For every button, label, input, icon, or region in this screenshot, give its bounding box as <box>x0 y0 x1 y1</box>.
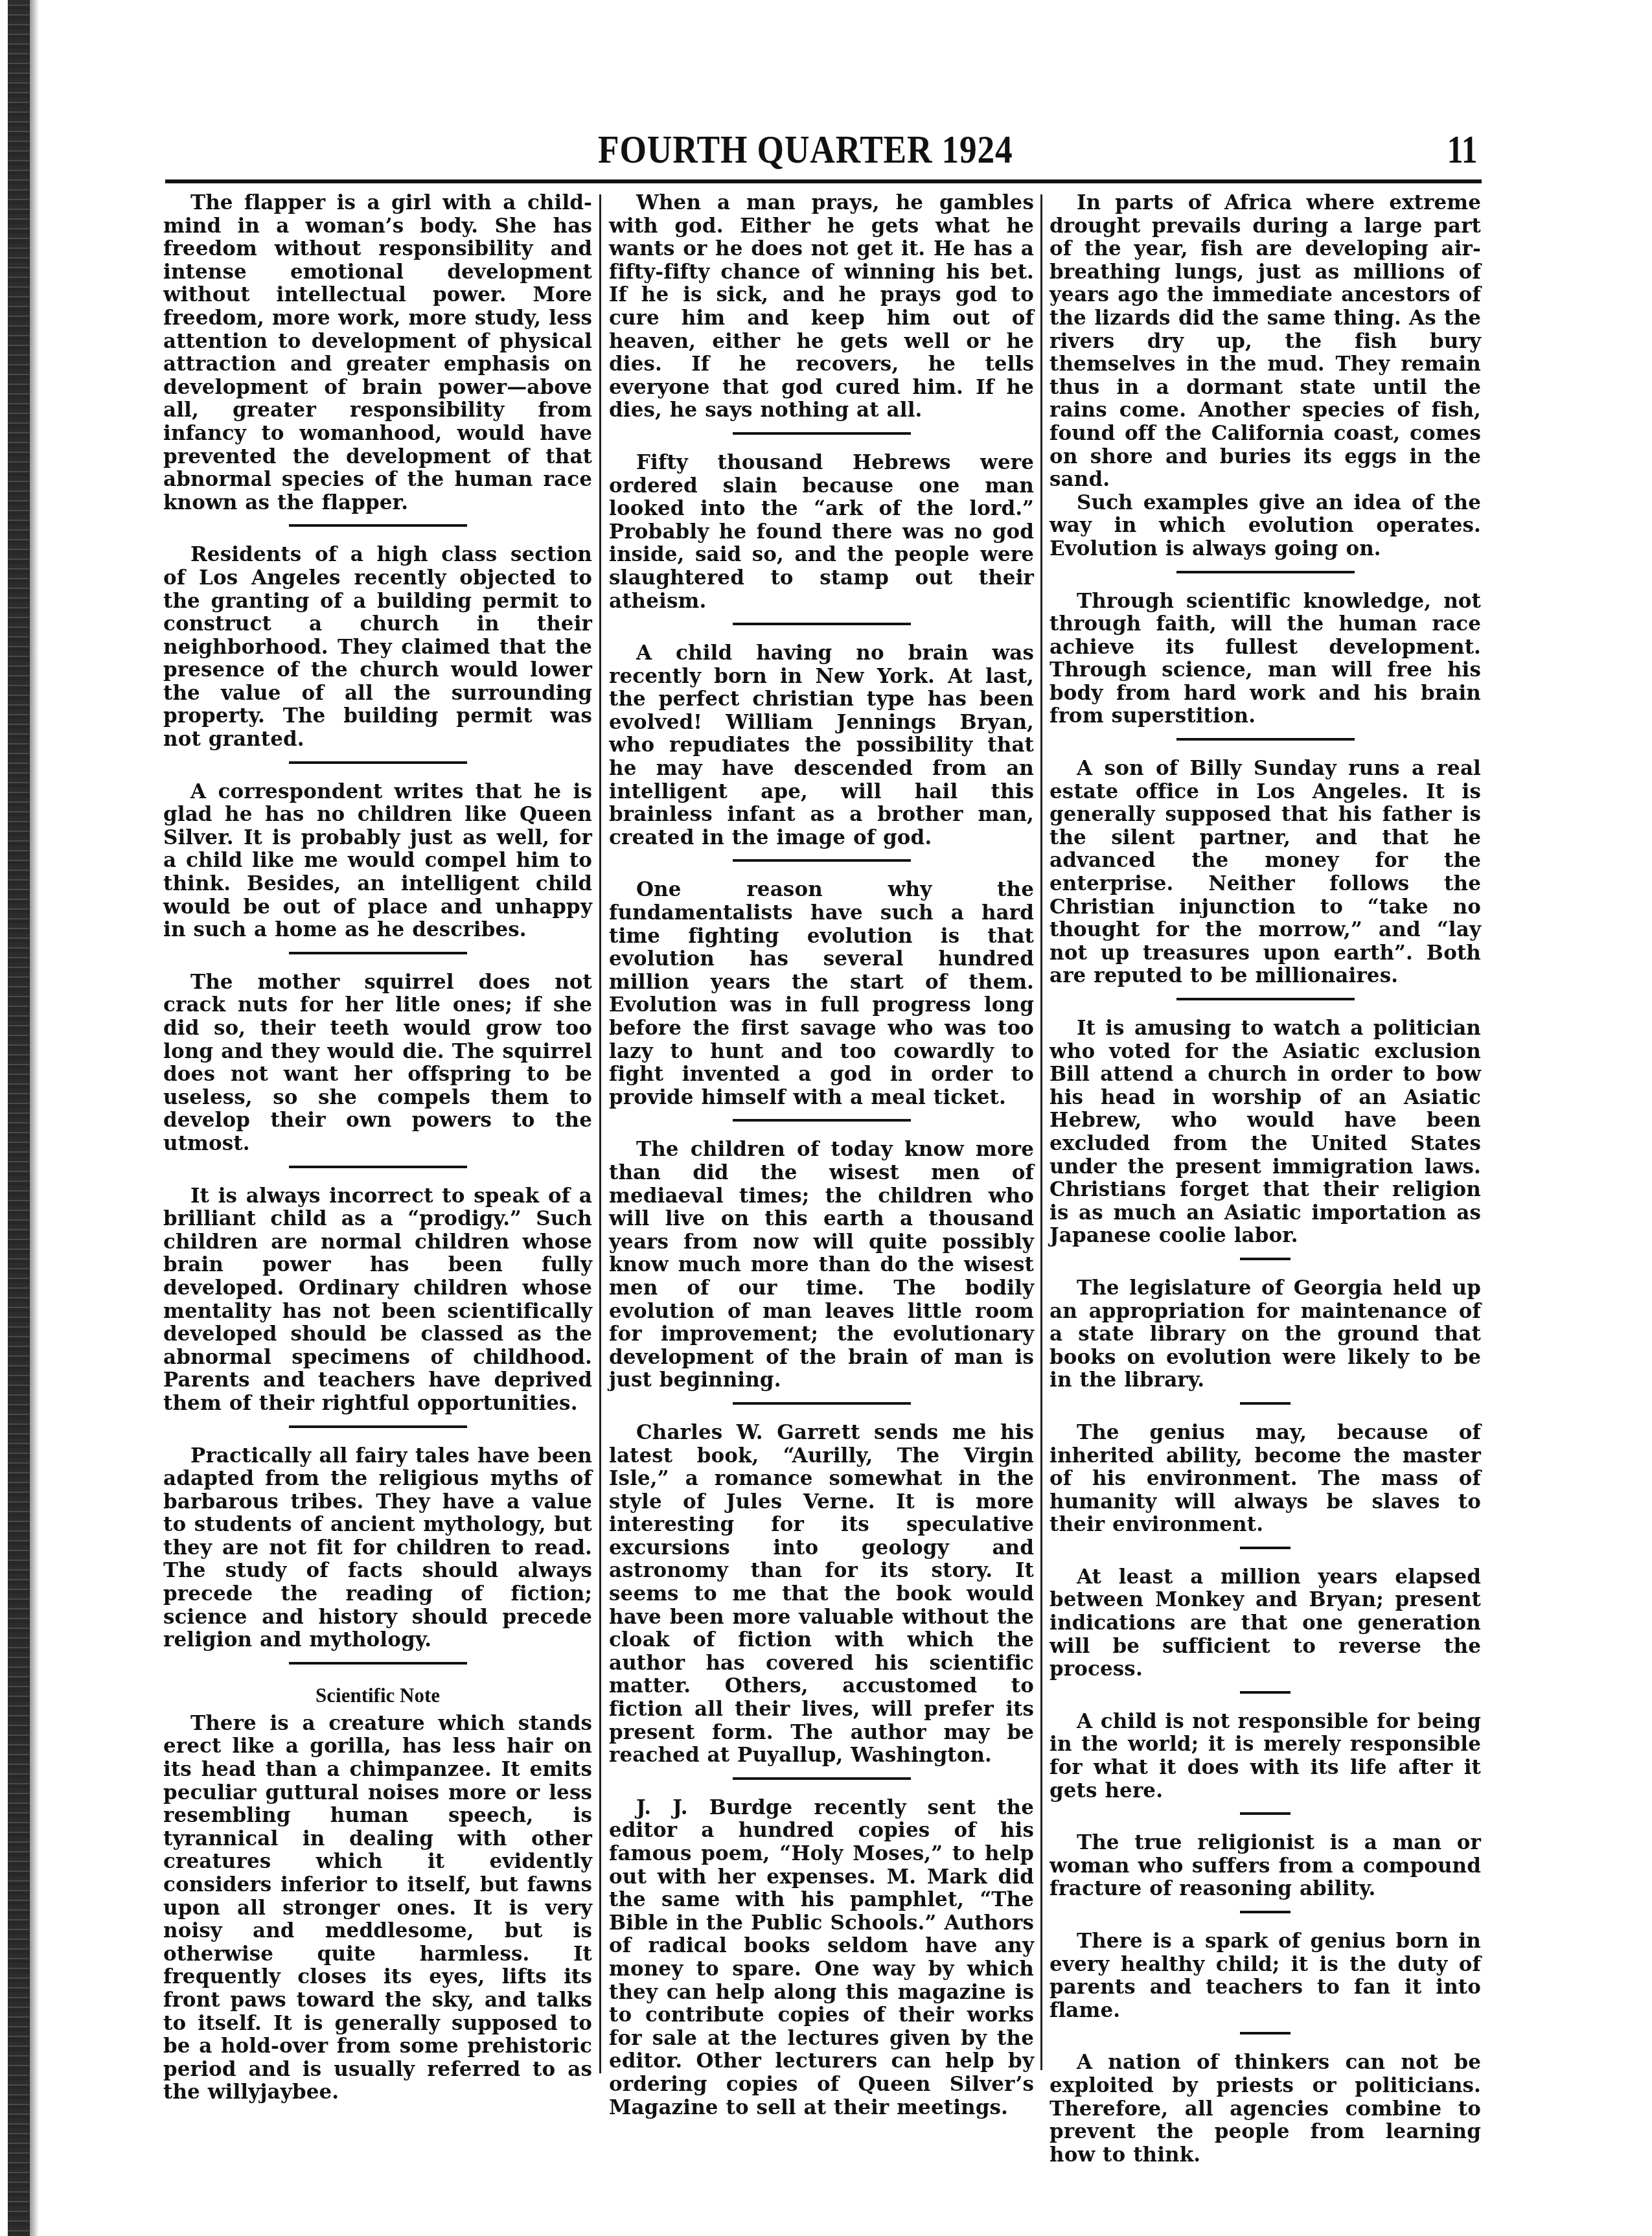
column-divider <box>599 194 601 2073</box>
page-binding-shadow <box>29 0 39 2236</box>
column-3: In parts of Africa where extreme drought… <box>1050 192 1481 2167</box>
article: Through scientific knowledge, not throug… <box>1050 590 1481 729</box>
article-paragraph: In parts of Africa where extreme drought… <box>1050 192 1481 492</box>
article: Residents of a high class section of Los… <box>163 544 592 751</box>
article: One reason why the fundamentalists have … <box>609 879 1034 1109</box>
section-heading: Scientific Note <box>163 1684 592 1707</box>
article-separator <box>733 1777 911 1780</box>
article-separator <box>1240 1547 1291 1549</box>
article: In parts of Africa where extreme drought… <box>1050 192 1481 561</box>
article-separator <box>733 623 911 625</box>
article: A nation of thinkers can not be exploite… <box>1050 2051 1481 2167</box>
article: A child having no brain was recently bor… <box>609 642 1034 849</box>
article-separator <box>289 1662 467 1665</box>
article: The genius may, because of inherited abi… <box>1050 1422 1481 1537</box>
article-separator <box>289 761 467 764</box>
article-paragraph: There is a creature which stands erect l… <box>163 1712 592 2104</box>
article: A child is not responsible for being in … <box>1050 1711 1481 1803</box>
article-paragraph: Residents of a high class section of Los… <box>163 544 592 751</box>
article: The mother squirrel does not crack nuts … <box>163 971 592 1156</box>
article-separator <box>1240 2032 1291 2034</box>
article: Charles W. Garrett sends me his latest b… <box>609 1422 1034 1768</box>
article-separator <box>733 859 911 862</box>
article-paragraph: Through scientific knowledge, not throug… <box>1050 590 1481 729</box>
article-separator <box>1176 738 1355 741</box>
page-title: FOURTH QUARTER 1924 <box>598 127 1013 173</box>
article-paragraph: One reason why the fundamentalists have … <box>609 879 1034 1109</box>
article-paragraph: The children of today know more than did… <box>609 1138 1034 1392</box>
page-number: 11 <box>1447 127 1478 173</box>
article-paragraph: The legislature of Georgia held up an ap… <box>1050 1277 1481 1392</box>
article-paragraph: J. J. Burdge recently sent the editor a … <box>609 1797 1034 2119</box>
column-2: When a man prays, he gambles with god. E… <box>609 192 1034 2119</box>
article: It is always incorrect to speak of a bri… <box>163 1185 592 1416</box>
article-paragraph: It is amusing to watch a politician who … <box>1050 1017 1481 1248</box>
article-paragraph: When a man prays, he gambles with god. E… <box>609 192 1034 422</box>
article: The true religionist is a man or woman w… <box>1050 1832 1481 1901</box>
article: At least a million years elapsed between… <box>1050 1566 1481 1681</box>
article-paragraph: A child is not responsible for being in … <box>1050 1711 1481 1803</box>
article: The flapper is a girl with a child-mind … <box>163 192 592 514</box>
article-paragraph: At least a million years elapsed between… <box>1050 1566 1481 1681</box>
page-binding-edge <box>8 0 30 2236</box>
article-separator <box>289 1425 467 1428</box>
article: A correspondent writes that he is glad h… <box>163 781 592 942</box>
article-paragraph: A child having no brain was recently bor… <box>609 642 1034 849</box>
article-paragraph: Practically all fairy tales have been ad… <box>163 1445 592 1652</box>
article-paragraph: Fifty thousand Hebrews were ordered slai… <box>609 452 1034 613</box>
article-separator <box>733 432 911 435</box>
article-separator <box>1176 998 1355 1000</box>
article-paragraph: The true religionist is a man or woman w… <box>1050 1832 1481 1901</box>
article: The legislature of Georgia held up an ap… <box>1050 1277 1481 1392</box>
article-paragraph: There is a spark of genius born in every… <box>1050 1930 1481 2022</box>
article-paragraph: A nation of thinkers can not be exploite… <box>1050 2051 1481 2167</box>
article-separator <box>733 1402 911 1405</box>
article-separator <box>289 952 467 954</box>
article-separator <box>733 1119 911 1122</box>
article: There is a spark of genius born in every… <box>1050 1930 1481 2022</box>
page-header: FOURTH QUARTER 1924 11 <box>165 127 1480 179</box>
article-paragraph: Charles W. Garrett sends me his latest b… <box>609 1422 1034 1768</box>
article: J. J. Burdge recently sent the editor a … <box>609 1797 1034 2119</box>
article-paragraph: A correspondent writes that he is glad h… <box>163 781 592 942</box>
article: It is amusing to watch a politician who … <box>1050 1017 1481 1248</box>
column-1: The flapper is a girl with a child-mind … <box>163 192 592 2104</box>
column-divider <box>1040 194 1042 2070</box>
article-separator <box>289 524 467 527</box>
article-separator <box>289 1166 467 1168</box>
article: A son of Billy Sunday runs a real estate… <box>1050 757 1481 988</box>
header-rule <box>165 179 1482 183</box>
article: The children of today know more than did… <box>609 1138 1034 1392</box>
article-separator <box>1240 1812 1291 1815</box>
article-separator <box>1240 1402 1291 1405</box>
article-paragraph: The genius may, because of inherited abi… <box>1050 1422 1481 1537</box>
article-paragraph: It is always incorrect to speak of a bri… <box>163 1185 592 1416</box>
article: There is a creature which stands erect l… <box>163 1712 592 2104</box>
article: When a man prays, he gambles with god. E… <box>609 192 1034 422</box>
article-paragraph: A son of Billy Sunday runs a real estate… <box>1050 757 1481 988</box>
article-paragraph: Such examples give an idea of the way in… <box>1050 492 1481 561</box>
article-separator <box>1176 571 1355 573</box>
article: Practically all fairy tales have been ad… <box>163 1445 592 1652</box>
article-separator <box>1240 1911 1291 1913</box>
article-separator <box>1240 1258 1291 1260</box>
article: Fifty thousand Hebrews were ordered slai… <box>609 452 1034 613</box>
article-paragraph: The flapper is a girl with a child-mind … <box>163 192 592 514</box>
article-separator <box>1240 1691 1291 1694</box>
article-paragraph: The mother squirrel does not crack nuts … <box>163 971 592 1156</box>
